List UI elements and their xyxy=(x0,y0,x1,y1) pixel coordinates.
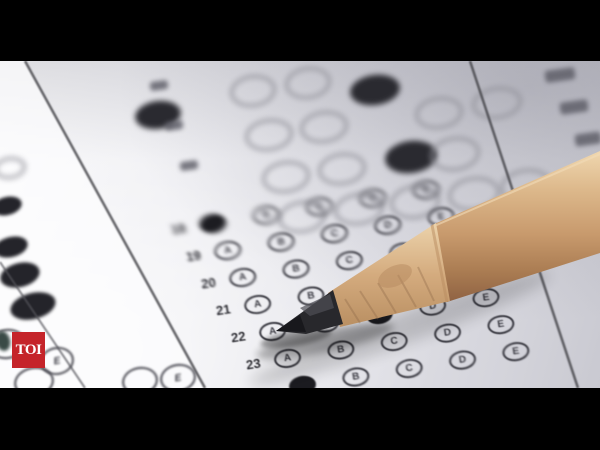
bubble-d: D xyxy=(418,295,448,318)
bubble-c-filled: C xyxy=(364,303,394,326)
bubble-b: B xyxy=(281,258,311,281)
bubble-letter: E xyxy=(497,319,505,330)
bubble-letter: C xyxy=(330,228,339,239)
question-number: 19 xyxy=(174,247,202,266)
toi-watermark-logo: TOI xyxy=(12,332,45,368)
bubble-letter: C xyxy=(315,201,324,212)
bubble-letter: A xyxy=(283,353,292,364)
blurred-mark xyxy=(544,67,575,83)
bubble-letter: D xyxy=(398,247,407,258)
bubble-a: A xyxy=(273,347,303,370)
bubble-letter: B xyxy=(322,317,331,328)
blurred-question-number xyxy=(179,160,198,171)
omr-sheet-photo: E E 18 A B C D E 19 A B C xyxy=(0,61,600,388)
bubble-c: C xyxy=(394,357,424,380)
blurred-question-number xyxy=(149,80,168,91)
blurred-bubble xyxy=(316,150,368,188)
question-number: 18 xyxy=(159,220,187,239)
bubble-a-filled: A xyxy=(288,374,318,388)
bubble-letter: A xyxy=(223,245,232,256)
bubble-letter: E xyxy=(467,265,475,276)
bubble-letter: D xyxy=(368,193,377,204)
bubble-letter: E xyxy=(437,211,445,222)
bubble-letter: C xyxy=(375,309,384,320)
blurred-bubble xyxy=(470,84,524,123)
bubble-letter: D xyxy=(383,220,392,231)
blurred-bubble xyxy=(498,166,554,207)
bubble-c: C xyxy=(379,330,409,353)
bubble-letter: C xyxy=(360,282,369,293)
bubble-letter: C xyxy=(345,255,354,266)
bubble-e: E xyxy=(471,286,501,309)
bubble-letter: D xyxy=(428,301,437,312)
bubble-letter: B xyxy=(292,264,301,275)
bubble-letter: B xyxy=(277,237,286,248)
bubble-c: C xyxy=(350,276,380,299)
bubble-letter: E xyxy=(422,184,430,195)
blurred-mark xyxy=(574,131,600,147)
blurred-bubble xyxy=(298,108,350,146)
blurred-bubble xyxy=(506,210,562,251)
bubble-c: C xyxy=(320,222,350,245)
bubble-e: E xyxy=(426,205,456,228)
bubble-letter: E xyxy=(482,292,490,303)
bubble-letter: A xyxy=(253,299,262,310)
bubble-d: D xyxy=(373,214,403,237)
bubble-a: A xyxy=(213,239,243,262)
bubble-letter: E xyxy=(174,372,182,384)
bubble-letter: A xyxy=(268,326,277,337)
bubble-letter: E xyxy=(53,355,61,367)
bubble-d: D xyxy=(448,349,478,372)
blurred-bubble xyxy=(428,134,482,175)
bubble-b: B xyxy=(296,285,326,308)
bubble-d: D xyxy=(403,268,433,291)
blurred-filled-bubble xyxy=(348,72,402,109)
bubble-letter: E xyxy=(452,238,460,249)
bubble-a: A xyxy=(243,293,273,316)
bubble-c: C xyxy=(335,249,365,272)
toi-watermark-text: TOI xyxy=(16,342,42,359)
bubble-letter: A xyxy=(238,272,247,283)
bubble-a: A xyxy=(228,266,258,289)
bubble-letter: E xyxy=(512,346,520,357)
bubble-e: E xyxy=(486,313,516,336)
bubble-b: B xyxy=(251,204,281,227)
bubble-letter: D xyxy=(458,355,467,366)
blurred-bubble xyxy=(413,94,465,132)
bubble-letter: D xyxy=(443,328,452,339)
photo-frame: E E 18 A B C D E 19 A B C xyxy=(0,0,600,450)
bubble-d: D xyxy=(433,322,463,345)
bubble-letter: B xyxy=(337,344,346,355)
bubble-letter: B xyxy=(307,291,316,302)
bubble-letter: B xyxy=(262,210,271,221)
blurred-bubble xyxy=(283,64,333,102)
bubble-a: A xyxy=(258,320,288,343)
bubble-b: B xyxy=(326,338,356,361)
letterbox-top xyxy=(0,0,600,61)
bubble-a: A xyxy=(198,212,228,235)
bubble-letter: C xyxy=(405,363,414,374)
blurred-bubble xyxy=(228,72,278,110)
letterbox-bottom xyxy=(0,388,600,450)
bubble-letter: B xyxy=(352,371,361,382)
blurred-question-number xyxy=(164,120,183,131)
bubble-letter: A xyxy=(208,218,217,229)
blurred-mark xyxy=(559,99,588,115)
blurred-bubble xyxy=(243,116,295,154)
bubble-b: B xyxy=(311,312,341,335)
bubble-b: B xyxy=(266,231,296,254)
question-number: 23 xyxy=(234,355,262,374)
bubble-letter: D xyxy=(413,274,422,285)
bubble-d: D xyxy=(388,241,418,264)
bubble-letter: A xyxy=(298,380,307,388)
question-number: 22 xyxy=(219,328,247,347)
question-number: 21 xyxy=(204,301,232,320)
bubble-e: E xyxy=(501,340,531,363)
bubble-b: B xyxy=(341,365,371,388)
question-number: 20 xyxy=(189,274,217,293)
bubble-c: C xyxy=(305,195,335,218)
bubble-letter: C xyxy=(390,336,399,347)
blurred-bubble xyxy=(260,158,312,196)
bubble-e: E xyxy=(456,259,486,282)
